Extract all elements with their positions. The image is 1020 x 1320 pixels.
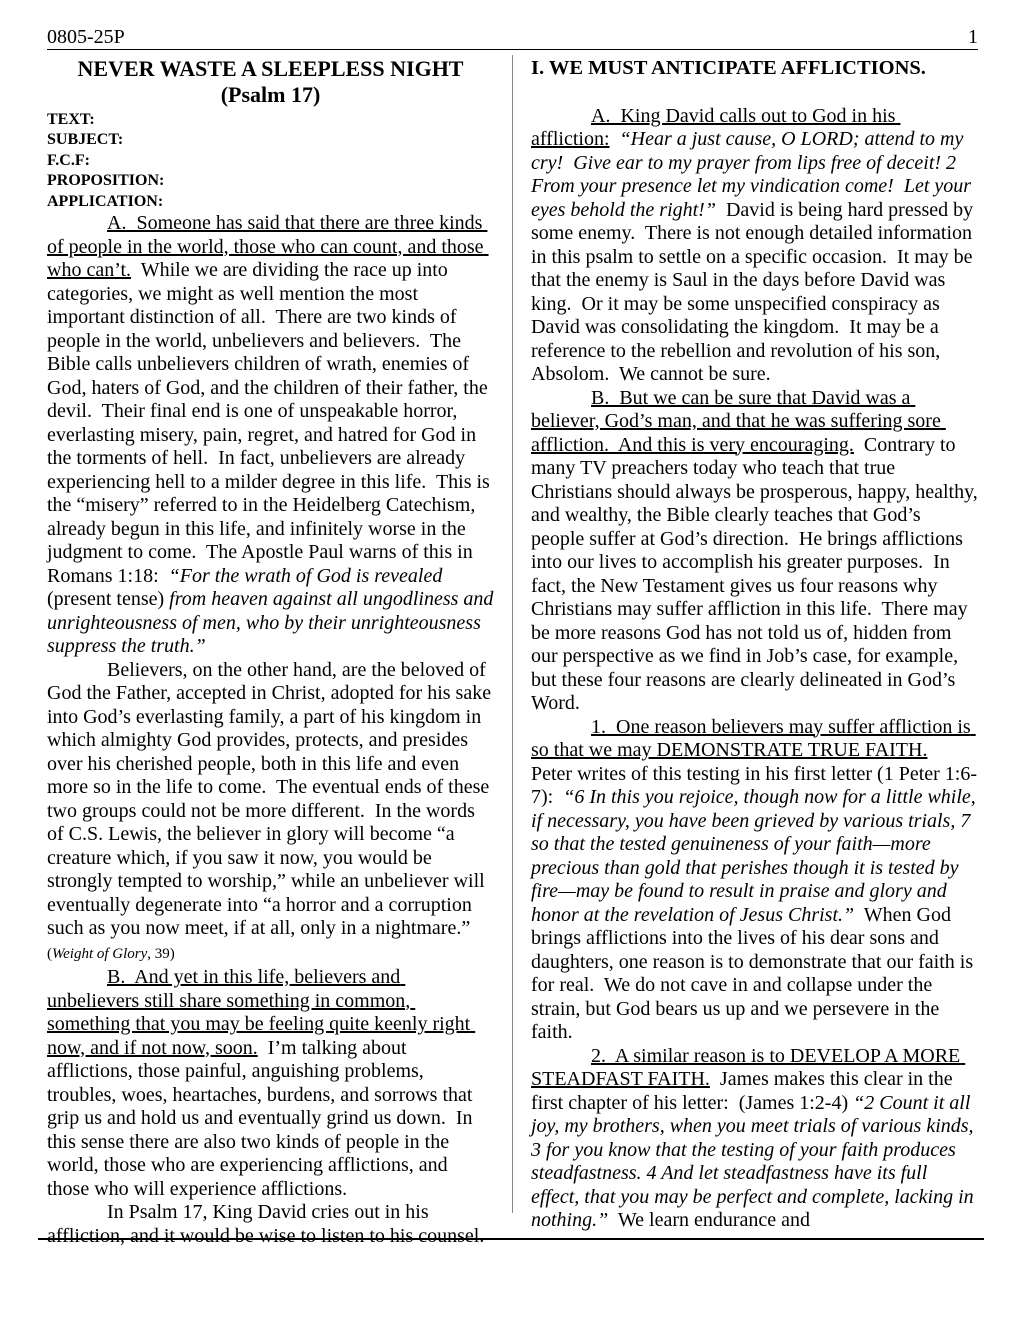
sermon-title: NEVER WASTE A SLEEPLESS NIGHT [47,56,494,82]
text-run [610,128,620,150]
paragraph: Believers, on the other hand, are the be… [47,659,494,967]
paragraph: 2. A similar reason is to DEVELOP A MORE… [531,1045,978,1233]
section-heading: I. WE MUST ANTICIPATE AFFLICTIONS. [531,57,978,81]
text-run: 1. One reason believers may suffer affli… [531,716,976,762]
two-column-layout: NEVER WASTE A SLEEPLESS NIGHT (Psalm 17)… [47,53,978,1248]
left-column: NEVER WASTE A SLEEPLESS NIGHT (Psalm 17)… [47,53,494,1248]
paragraph: B. And yet in this life, believers and u… [47,966,494,1201]
document-page: 0805-25P 1 NEVER WASTE A SLEEPLESS NIGHT… [0,0,1020,1320]
text-run: , 39) [147,946,175,962]
text-run: Believers, on the other hand, are the be… [47,659,496,940]
text-run: We learn endurance and [608,1209,810,1231]
paragraph: A. Someone has said that there are three… [47,212,494,659]
doc-id: 0805-25P [47,26,125,48]
sermon-subtitle: (Psalm 17) [47,82,494,108]
page-number: 1 [968,26,978,48]
outline-labels: TEXT:SUBJECT:F.C.F:PROPOSITION:APPLICATI… [47,110,494,212]
text-run: (present tense) [47,588,169,610]
column-divider [512,55,513,1213]
left-column-body: A. Someone has said that there are three… [47,212,494,1248]
paragraph: A. King David calls out to God in his af… [531,105,978,387]
text-run: David is being hard pressed by some enem… [531,199,978,386]
text-run: While we are dividing the race up into c… [47,259,495,587]
outline-label: PROPOSITION: [47,171,494,191]
text-run: “For the wrath of God is revealed [169,565,448,587]
outline-label: TEXT: [47,110,494,130]
outline-label: SUBJECT: [47,130,494,150]
paragraph: In Psalm 17, King David cries out in his… [47,1201,494,1248]
outline-label: F.C.F: [47,151,494,171]
text-run: I’m talking about afflictions, those pai… [47,1037,478,1200]
right-column: I. WE MUST ANTICIPATE AFFLICTIONS. A. Ki… [531,53,978,1248]
text-run: Contrary to many TV preachers today who … [531,434,983,715]
right-column-body: A. King David calls out to God in his af… [531,105,978,1233]
title-block: NEVER WASTE A SLEEPLESS NIGHT (Psalm 17) [47,56,494,108]
footer-rule [38,1238,984,1240]
paragraph: B. But we can be sure that David was a b… [531,387,978,716]
text-run: Weight of Glory [52,946,147,962]
paragraph: 1. One reason believers may suffer affli… [531,716,978,1045]
outline-label: APPLICATION: [47,192,494,212]
page-header: 0805-25P 1 [47,26,978,50]
